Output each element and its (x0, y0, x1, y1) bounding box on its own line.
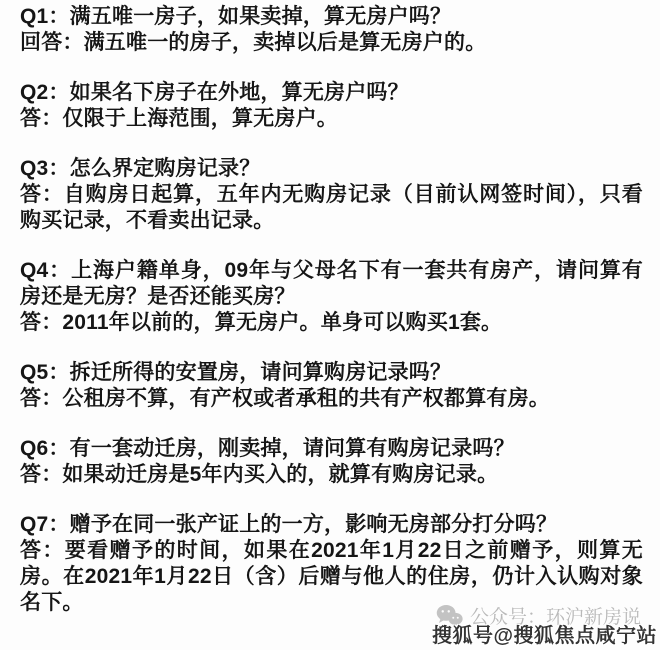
qa-block-6: Q6：有一套动迁房，刚卖掉，请问算有购房记录吗？ 答：如果动迁房是5年内买入的，… (20, 436, 643, 488)
answer-2: 答：仅限于上海范围，算无房户。 (20, 106, 643, 132)
question-5: Q5：拆迁所得的安置房，请问算购房记录吗？ (20, 360, 643, 386)
qa-block-7: Q7：赠予在同一张产证上的一方，影响无房部分打分吗？ 答：要看赠予的时间，如果在… (20, 512, 643, 616)
question-2: Q2：如果名下房子在外地，算无房户吗？ (20, 80, 643, 106)
answer-1: 回答：满五唯一的房子，卖掉以后是算无房户的。 (20, 30, 643, 56)
qa-block-2: Q2：如果名下房子在外地，算无房户吗？ 答：仅限于上海范围，算无房户。 (20, 80, 643, 132)
answer-7: 答：要看赠予的时间，如果在2021年1月22日之前赠予，则算无房。在2021年1… (20, 538, 643, 616)
question-1: Q1：满五唯一房子，如果卖掉，算无房户吗？ (20, 4, 643, 30)
qa-block-3: Q3：怎么界定购房记录？ 答：自购房日起算，五年内无购房记录（目前认网签时间），… (20, 156, 643, 234)
question-7: Q7：赠予在同一张产证上的一方，影响无房部分打分吗？ (20, 512, 643, 538)
question-6: Q6：有一套动迁房，刚卖掉，请问算有购房记录吗？ (20, 436, 643, 462)
qa-block-1: Q1：满五唯一房子，如果卖掉，算无房户吗？ 回答：满五唯一的房子，卖掉以后是算无… (20, 4, 643, 56)
answer-3: 答：自购房日起算，五年内无购房记录（目前认网签时间），只看购买记录，不看卖出记录… (20, 182, 643, 234)
qa-block-5: Q5：拆迁所得的安置房，请问算购房记录吗？ 答：公租房不算，有产权或者承租的共有… (20, 360, 643, 412)
answer-6: 答：如果动迁房是5年内买入的，就算有购房记录。 (20, 462, 643, 488)
answer-5: 答：公租房不算，有产权或者承租的共有产权都算有房。 (20, 386, 643, 412)
question-4: Q4：上海户籍单身，09年与父母名下有一套共有房产，请问算有房还是无房？是否还能… (20, 258, 643, 310)
answer-4: 答：2011年以前的，算无房户。单身可以购买1套。 (20, 310, 643, 336)
question-3: Q3：怎么界定购房记录？ (20, 156, 643, 182)
faq-document: Q1：满五唯一房子，如果卖掉，算无房户吗？ 回答：满五唯一的房子，卖掉以后是算无… (0, 0, 660, 650)
qa-block-4: Q4：上海户籍单身，09年与父母名下有一套共有房产，请问算有房还是无房？是否还能… (20, 258, 643, 336)
